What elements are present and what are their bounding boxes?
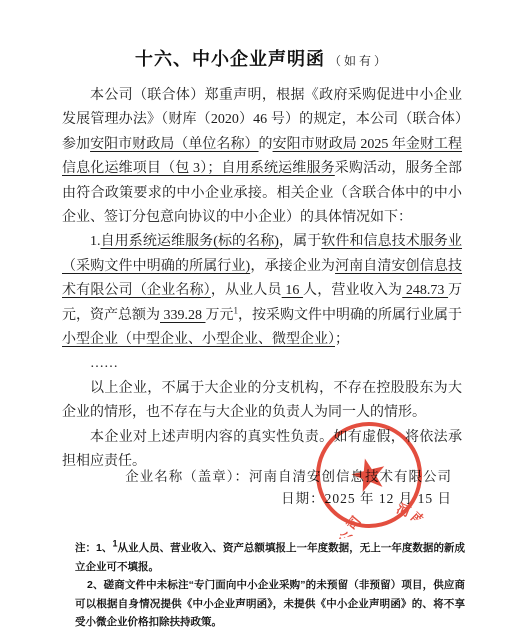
paragraph-ellipsis: …… [62,352,462,376]
signature-block: 企业名称（盖章）：河南自清安创信息技术有限公司 日期：2025 年 12 月 1… [62,466,452,509]
footnote-2: 2、磋商文件中未标注“专门面向中小企业采购”的未预留（非预留）项目，供应商可以根… [75,576,465,632]
declaration-document-page: 十六、中小企业声明函（如有） 本公司（联合体）郑重声明，根据《政府采购促进中小企… [0,0,524,635]
title-suffix: （如有） [329,54,389,68]
footnote-1: 注：1、1从业人员、营业收入、资产总额填报上一年度数据，无上一年度数据的新成立企… [75,539,465,576]
declaration-body: 本公司（联合体）郑重声明，根据《政府采购促进中小企业发展管理办法》（财库（202… [62,84,462,475]
paragraph-not-subsidiary: 以上企业，不属于大企业的分支机构，不存在控股股东为大企业的情形，也不存在与大企业… [62,377,462,426]
page-title: 十六、中小企业声明函（如有） [0,36,524,73]
title-text: 十六、中小企业声明函 [135,49,325,69]
paragraph-enterprise-details: 1.自用系统运维服务(标的名称)，属于软件和信息技术服务业（采购文件中明确的所属… [62,230,462,352]
footnotes-block: 注：1、1从业人员、营业收入、资产总额填报上一年度数据，无上一年度数据的新成立企… [75,539,465,632]
date-line: 日期：2025 年 12 月 15 日 [62,488,452,510]
company-name-line: 企业名称（盖章）：河南自清安创信息技术有限公司 [62,466,452,488]
paragraph-declaration-intro: 本公司（联合体）郑重声明，根据《政府采购促进中小企业发展管理办法》（财库（202… [62,84,462,230]
